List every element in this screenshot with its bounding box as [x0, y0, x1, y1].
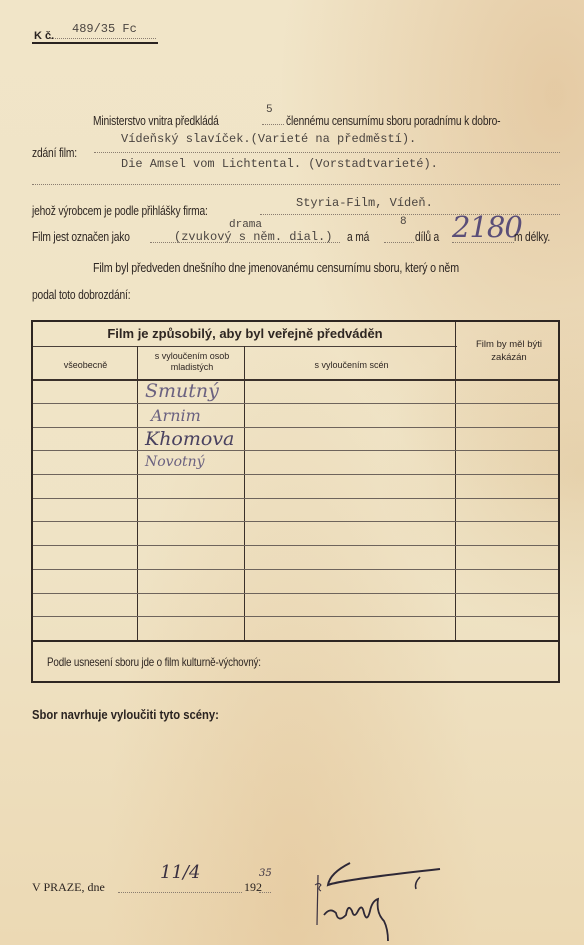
row-line: [33, 403, 558, 404]
header-bottom-line: [33, 379, 558, 381]
column-general: všeobecně: [33, 360, 138, 370]
header-divider: [33, 346, 457, 347]
members-count: 5: [266, 104, 273, 116]
column-excluding-scenes: s vyloučením scén: [246, 360, 457, 370]
length-label: m délky.: [514, 230, 550, 244]
column-divider: [244, 346, 245, 641]
parts-count: 8: [400, 216, 407, 228]
row-line: [33, 521, 558, 522]
row-line: [33, 545, 558, 546]
presentation-text-2: podal toto dobrozdání:: [32, 288, 130, 302]
presentation-text: Film byl předveden dnešního dne jmenovan…: [93, 261, 459, 275]
column-divider: [137, 346, 138, 641]
row-line: [33, 427, 558, 428]
film-title-german: Die Amsel vom Lichtental. (Vorstadtvarie…: [121, 157, 438, 171]
table-header-suitable: Film je způsobilý, aby byl veřejně předv…: [33, 326, 457, 341]
length-handwritten: 2180: [452, 210, 522, 244]
date-handwritten: 11/4: [160, 862, 200, 883]
row-line: [33, 616, 558, 617]
row-line: [33, 450, 558, 451]
intro-text: Ministerstvo vnitra předkládá: [93, 114, 219, 128]
verdict-table: Film je způsobilý, aby byl veřejně předv…: [31, 320, 560, 683]
year-suffix-handwritten: 35: [259, 868, 272, 879]
parts-dotted-line: [384, 242, 414, 243]
producer-value: Styria-Film, Vídeň.: [296, 196, 433, 210]
has-label: a má: [347, 230, 369, 244]
producer-label: jehož výrobcem je podle přihlášky firma:: [32, 204, 208, 218]
row-line: [33, 569, 558, 570]
signature-2: Arnim: [151, 406, 201, 425]
table-header-forbidden: Film by měl býti zakázán: [459, 338, 559, 364]
row-line: [33, 593, 558, 594]
date-dotted-line: [118, 892, 242, 893]
excluded-scenes-heading: Sbor navrhuje vyloučiti tyto scény:: [32, 708, 219, 722]
signature-4: Novotný: [145, 454, 205, 470]
film-title-dotted-line: [94, 152, 560, 153]
film-title-czech: Vídeňský slavíček.(Varieté na předměstí)…: [121, 132, 416, 146]
grid-bottom-line: [33, 640, 558, 642]
chairman-signature-icon: [310, 855, 450, 945]
film-title-dotted-line-2: [32, 184, 560, 185]
cultural-film-statement: Podle usnesení sboru jde o film kulturně…: [47, 655, 261, 669]
reference-dotted-line: [50, 38, 156, 39]
reference-label: K č.: [34, 30, 54, 42]
members-dotted-line: [262, 124, 284, 125]
row-line: [33, 474, 558, 475]
film-label: zdání film:: [32, 146, 77, 160]
parts-label: dílů a: [415, 230, 439, 244]
signature-3: Khomova: [145, 428, 234, 450]
place-label: V PRAZE, dne: [32, 880, 105, 895]
row-line: [33, 498, 558, 499]
year-dotted-line: [259, 892, 271, 893]
designation-label: Film jest označen jako: [32, 230, 130, 244]
genre-detail: (zvukový s něm. dial.): [174, 230, 332, 244]
signature-1: Smutný: [145, 380, 219, 402]
intro-text-cont: člennému censurnímu sboru poradnímu k do…: [286, 114, 500, 128]
reference-underline: [32, 42, 158, 44]
column-excluding-youth: s vyloučením osob mladistých: [139, 351, 245, 373]
reference-number: 489/35 Fc: [72, 22, 137, 36]
